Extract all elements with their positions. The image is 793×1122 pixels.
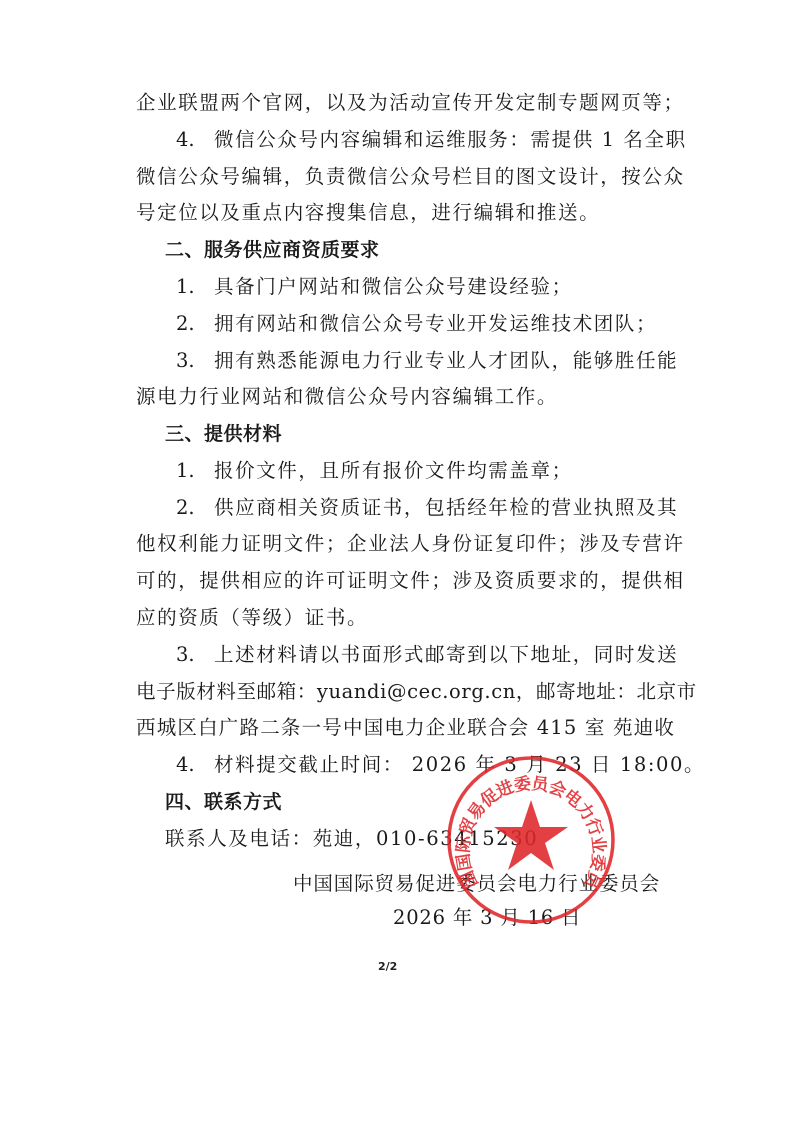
- paragraph-line: 可的，提供相应的许可证明文件；涉及资质要求的，提供相: [136, 569, 652, 593]
- page-number: 2/2: [378, 960, 397, 973]
- list-item-text: 供应商相关资质证书，包括经年检的营业执照及其: [214, 496, 678, 519]
- postal-address-line: 西城区白广路二条一号中国电力企业联合会 415 室 苑迪收: [136, 716, 652, 740]
- list-item-text: 拥有熟悉能源电力行业专业人才团队，能够胜任能: [214, 349, 678, 372]
- email-address-line: 电子版材料至邮箱：yuandi@cec.org.cn，邮寄地址：北京市: [136, 680, 652, 704]
- section-heading-2: 二、服务供应商资质要求: [165, 238, 681, 262]
- list-item-text: 具备门户网站和微信公众号建设经验；: [214, 275, 573, 298]
- list-item-text: 微信公众号内容编辑和运维服务：需提供 1 名全职: [214, 128, 687, 151]
- list-number: 3.: [176, 349, 214, 373]
- official-seal-stamp: 中国国际贸易促进委员会电力行业委员会: [446, 755, 616, 925]
- star-icon: [494, 800, 568, 870]
- list-number: 4.: [176, 753, 214, 777]
- list-item-3: 3.拥有熟悉能源电力行业专业人才团队，能够胜任能: [176, 349, 652, 373]
- list-item-text: 上述材料请以书面形式邮寄到以下地址，同时发送: [214, 643, 678, 666]
- list-item-text: 报价文件，且所有报价文件均需盖章；: [214, 459, 573, 482]
- list-number: 1.: [176, 275, 214, 299]
- paragraph-line: 他权利能力证明文件；企业法人身份证复印件；涉及专营许: [136, 532, 652, 556]
- document-page: 企业联盟两个官网，以及为活动宣传开发定制专题网页等； 4.微信公众号内容编辑和运…: [0, 0, 793, 1122]
- list-item-1: 1.具备门户网站和微信公众号建设经验；: [176, 275, 652, 299]
- paragraph-line: 微信公众号编辑，负责微信公众号栏目的图文设计，按公众: [136, 165, 652, 189]
- section-heading-3: 三、提供材料: [165, 422, 681, 446]
- paragraph-line: 源电力行业网站和微信公众号内容编辑工作。: [136, 385, 652, 409]
- list-number: 2.: [176, 312, 214, 336]
- paragraph-line: 号定位以及重点内容搜集信息，进行编辑和推送。: [136, 201, 652, 225]
- list-item-1: 1.报价文件，且所有报价文件均需盖章；: [176, 459, 652, 483]
- list-number: 2.: [176, 496, 214, 520]
- list-item-3: 3.上述材料请以书面形式邮寄到以下地址，同时发送: [176, 643, 652, 667]
- list-number: 3.: [176, 643, 214, 667]
- paragraph-line: 应的资质（等级）证书。: [136, 606, 652, 630]
- list-item-text: 拥有网站和微信公众号专业开发运维技术团队；: [214, 312, 657, 335]
- list-item-2: 2.供应商相关资质证书，包括经年检的营业执照及其: [176, 496, 652, 520]
- list-item-2: 2.拥有网站和微信公众号专业开发运维技术团队；: [176, 312, 652, 336]
- paragraph-line: 企业联盟两个官网，以及为活动宣传开发定制专题网页等；: [136, 91, 652, 115]
- list-number: 1.: [176, 459, 214, 483]
- list-item-4: 4.微信公众号内容编辑和运维服务：需提供 1 名全职: [176, 128, 652, 152]
- list-number: 4.: [176, 128, 214, 152]
